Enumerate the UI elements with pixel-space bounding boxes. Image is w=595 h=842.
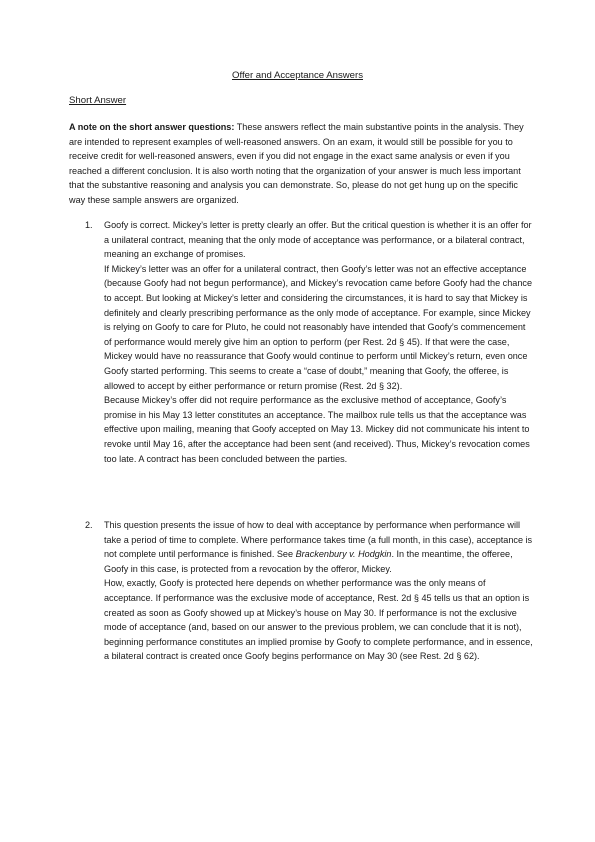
note-paragraph: A note on the short answer questions: Th… bbox=[69, 120, 531, 208]
note-body: These answers reflect the main substanti… bbox=[69, 122, 524, 205]
answer-paragraph: This question presents the issue of how … bbox=[104, 518, 535, 576]
answer-paragraph: How, exactly, Goofy is protected here de… bbox=[104, 576, 535, 664]
document-title: Offer and Acceptance Answers bbox=[0, 70, 595, 81]
case-citation: Brackenbury v. Hodgkin bbox=[296, 549, 392, 559]
note-lead: A note on the short answer questions: bbox=[69, 122, 234, 132]
answer-number: 2. bbox=[85, 518, 93, 533]
answer-paragraph: If Mickey’s letter was an offer for a un… bbox=[104, 262, 535, 393]
section-heading: Short Answer bbox=[69, 95, 126, 106]
answer-number: 1. bbox=[85, 218, 93, 233]
answer-paragraph: Goofy is correct. Mickey’s letter is pre… bbox=[104, 218, 535, 262]
answer-1: 1. Goofy is correct. Mickey’s letter is … bbox=[85, 218, 535, 466]
answer-paragraph: Because Mickey’s offer did not require p… bbox=[104, 393, 535, 466]
document-page: Offer and Acceptance Answers Short Answe… bbox=[0, 0, 595, 842]
answer-2: 2. This question presents the issue of h… bbox=[85, 518, 535, 664]
